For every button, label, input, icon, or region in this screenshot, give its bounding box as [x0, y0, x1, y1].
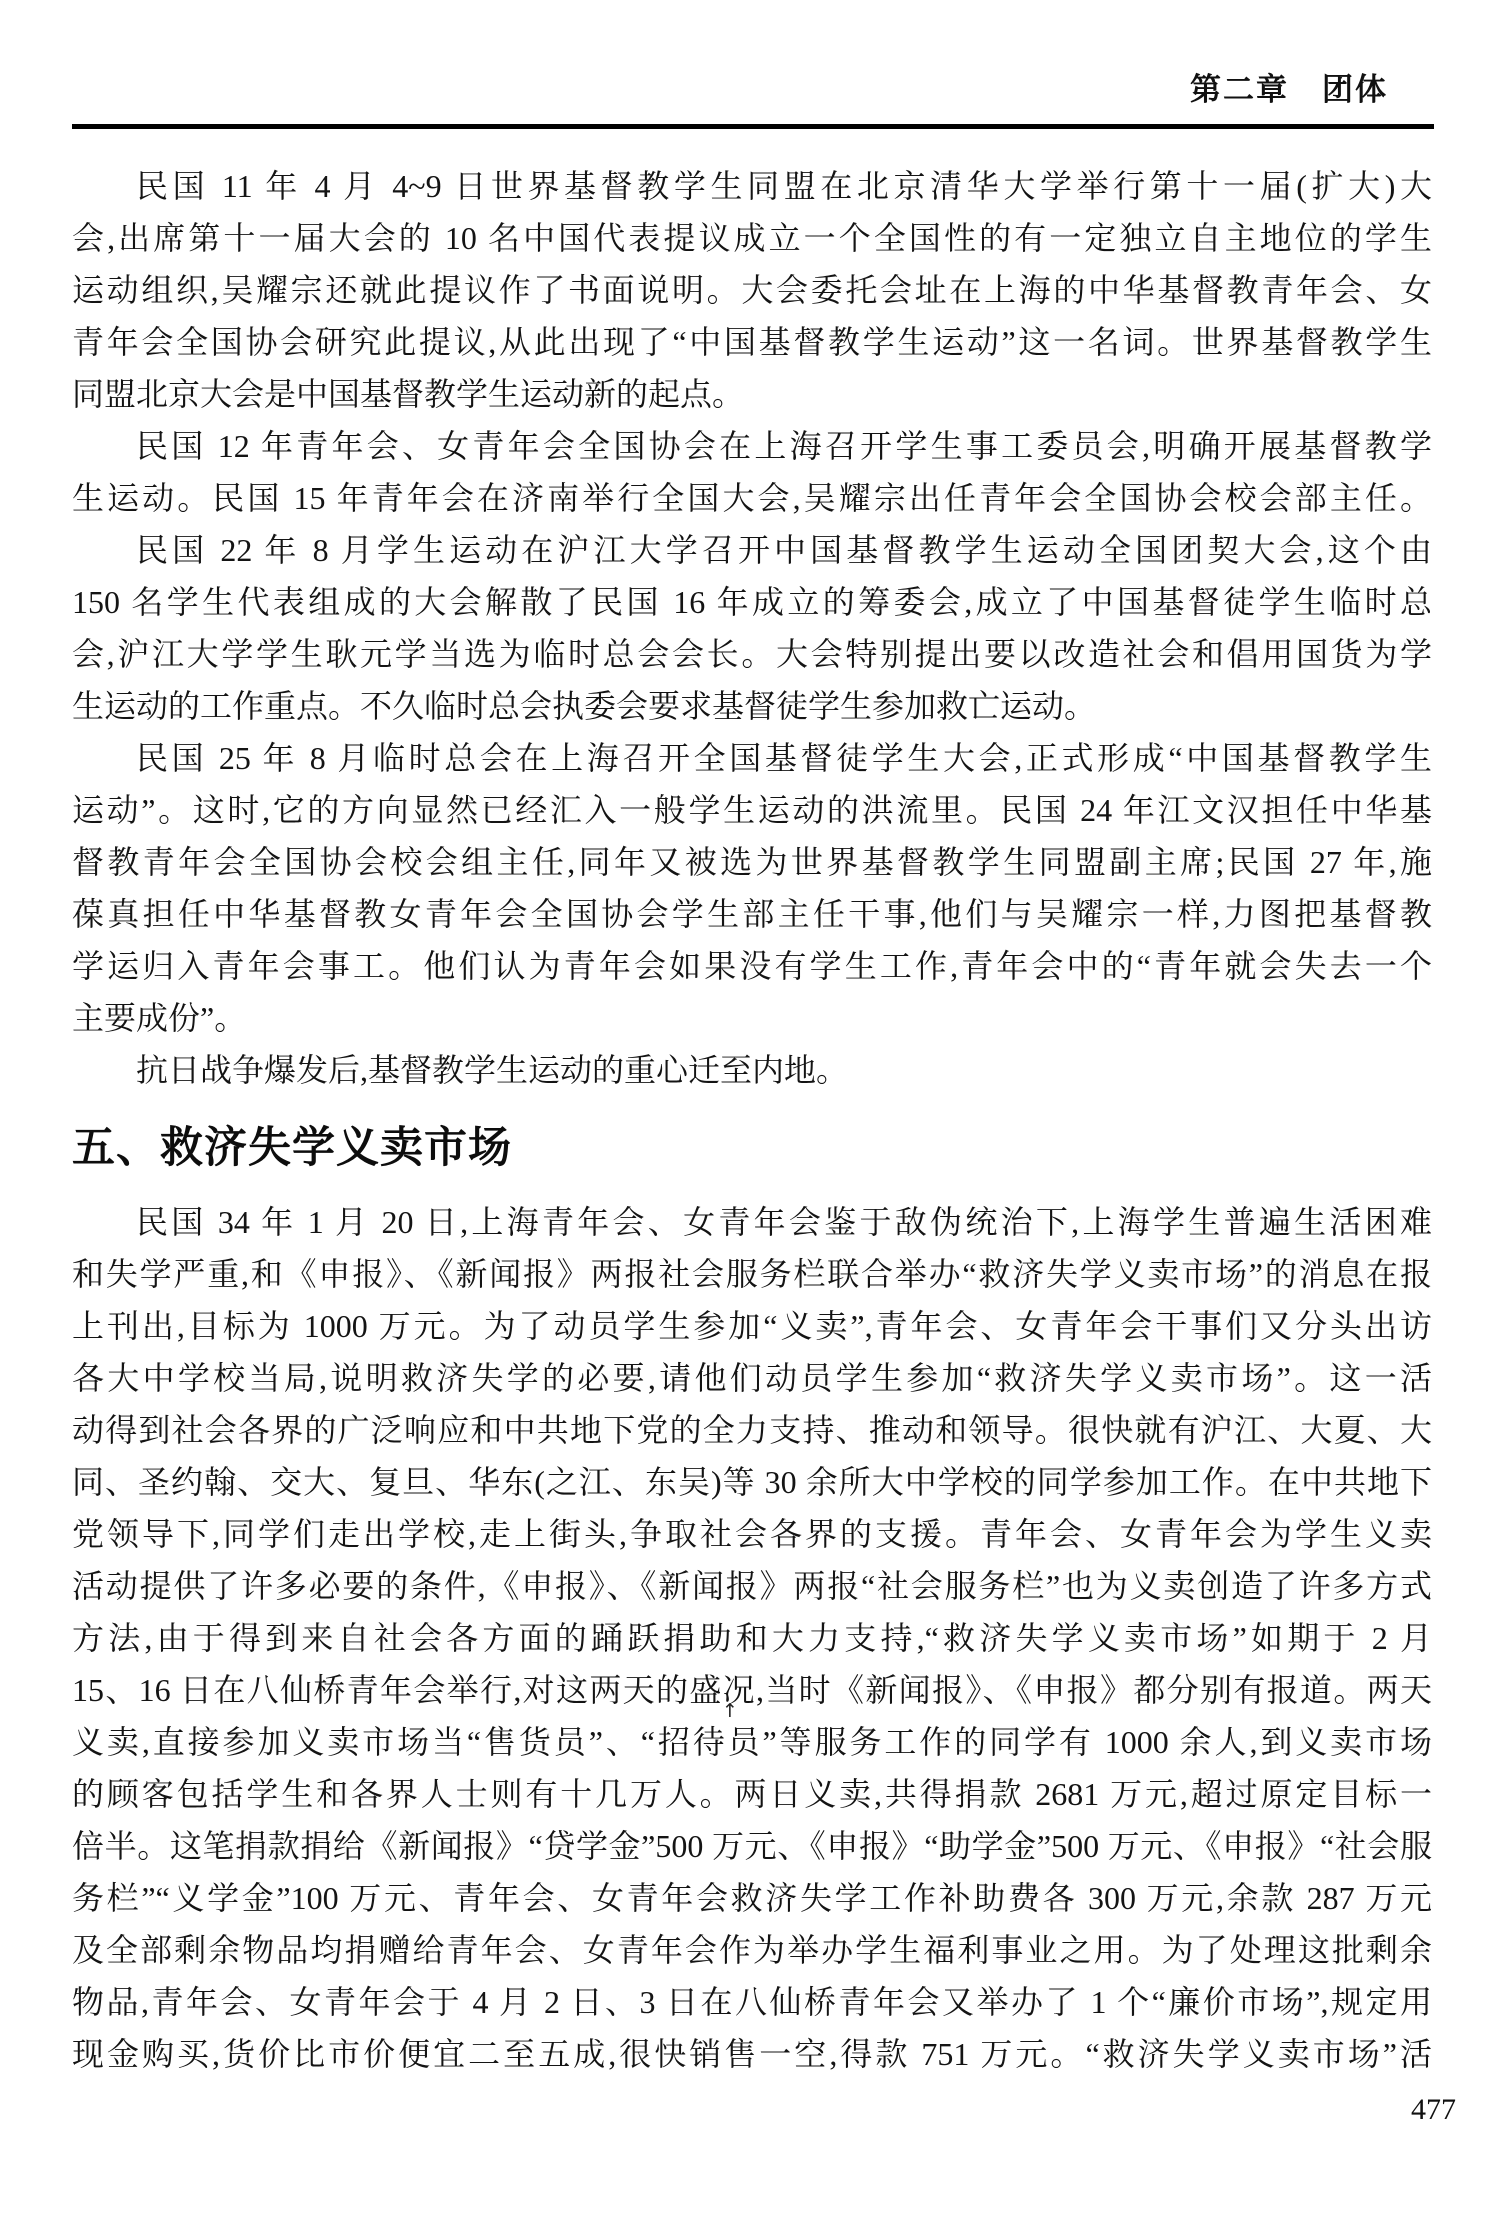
text-line: 150 名学生代表组成的大会解散了民国 16 年成立的筹委会,成立了中国基督徒学… — [72, 576, 1432, 628]
insertion-caret-mark: ↑ — [722, 1702, 738, 1721]
text-line: 方法,由于得到来自社会各方面的踊跃捐助和大力支持,“救济失学义卖市场”如期于 2… — [72, 1612, 1432, 1664]
text-line: 学运归入青年会事工。他们认为青年会如果没有学生工作,青年会中的“青年就会失去一个 — [72, 940, 1432, 992]
text-line: 主要成份”。 — [72, 992, 1432, 1044]
paragraph: 民国 25 年 8 月临时总会在上海召开全国基督徒学生大会,正式形成“中国基督教… — [72, 732, 1432, 1044]
text-line: 生运动。民国 15 年青年会在济南举行全国大会,吴耀宗出任青年会全国协会校会部主… — [72, 472, 1432, 524]
text-line: 生运动的工作重点。不久临时总会执委会要求基督徒学生参加救亡运动。 — [72, 680, 1432, 732]
text-line: 督教青年会全国协会校会组主任,同年又被选为世界基督教学生同盟副主席;民国 27 … — [72, 836, 1432, 888]
paragraph: 民国 12 年青年会、女青年会全国协会在上海召开学生事工委员会,明确开展基督教学… — [72, 420, 1432, 524]
text-line: 民国 25 年 8 月临时总会在上海召开全国基督徒学生大会,正式形成“中国基督教… — [72, 732, 1432, 784]
section-heading: 五、救济失学义卖市场 — [72, 1124, 1432, 1172]
text-line: 务栏”“义学金”100 万元、青年会、女青年会救济失学工作补助费各 300 万元… — [72, 1872, 1432, 1924]
text-line: 党领导下,同学们走出学校,走上街头,争取社会各界的支援。青年会、女青年会为学生义… — [72, 1508, 1432, 1560]
text-line: 会,出席第十一届大会的 10 名中国代表提议成立一个全国性的有一定独立自主地位的… — [72, 212, 1432, 264]
text-line: 运动”。这时,它的方向显然已经汇入一般学生运动的洪流里。民国 24 年江文汉担任… — [72, 784, 1432, 836]
text-line: 葆真担任中华基督教女青年会全国协会学生部主任干事,他们与吴耀宗一样,力图把基督教 — [72, 888, 1432, 940]
text-line: 运动组织,吴耀宗还就此提议作了书面说明。大会委托会址在上海的中华基督教青年会、女 — [72, 264, 1432, 316]
text-line: 活动提供了许多必要的条件,《申报》、《新闻报》两报“社会服务栏”也为义卖创造了许… — [72, 1560, 1432, 1612]
header-rule — [72, 124, 1434, 129]
text-line: 抗日战争爆发后,基督教学生运动的重心迁至内地。 — [72, 1044, 1432, 1096]
text-line: 和失学严重,和《申报》、《新闻报》两报社会服务栏联合举办“救济失学义卖市场”的消… — [72, 1248, 1432, 1300]
text-line: 动得到社会各界的广泛响应和中共地下党的全力支持、推动和领导。很快就有沪江、大夏、… — [72, 1404, 1432, 1456]
page-content: 民国 11 年 4 月 4~9 日世界基督教学生同盟在北京清华大学举行第十一届(… — [72, 160, 1432, 2080]
text-line: 倍半。这笔捐款捐给《新闻报》“贷学金”500 万元、《申报》“助学金”500 万… — [72, 1820, 1432, 1872]
paragraph: 抗日战争爆发后,基督教学生运动的重心迁至内地。 — [72, 1044, 1432, 1096]
text-line: 的顾客包括学生和各界人士则有十几万人。两日义卖,共得捐款 2681 万元,超过原… — [72, 1768, 1432, 1820]
text-line: 现金购买,货价比市价便宜二至五成,很快销售一空,得款 751 万元。“救济失学义… — [72, 2028, 1432, 2080]
text-line: 民国 34 年 1 月 20 日,上海青年会、女青年会鉴于敌伪统治下,上海学生普… — [72, 1196, 1432, 1248]
text-line: 物品,青年会、女青年会于 4 月 2 日、3 日在八仙桥青年会又举办了 1 个“… — [72, 1976, 1432, 2028]
text-line: 民国 11 年 4 月 4~9 日世界基督教学生同盟在北京清华大学举行第十一届(… — [72, 160, 1432, 212]
text-line: 各大中学校当局,说明救济失学的必要,请他们动员学生参加“救济失学义卖市场”。这一… — [72, 1352, 1432, 1404]
running-header: 第二章 团体 — [1190, 72, 1388, 108]
page-number: 477 — [1411, 2092, 1456, 2128]
book-page: 第二章 团体 民国 11 年 4 月 4~9 日世界基督教学生同盟在北京清华大学… — [0, 0, 1500, 2237]
paragraph: 民国 11 年 4 月 4~9 日世界基督教学生同盟在北京清华大学举行第十一届(… — [72, 160, 1432, 420]
text-line: 同盟北京大会是中国基督教学生运动新的起点。 — [72, 368, 1432, 420]
text-line: 民国 12 年青年会、女青年会全国协会在上海召开学生事工委员会,明确开展基督教学 — [72, 420, 1432, 472]
text-line: 民国 22 年 8 月学生运动在沪江大学召开中国基督教学生运动全国团契大会,这个… — [72, 524, 1432, 576]
text-line: 青年会全国协会研究此提议,从此出现了“中国基督教学生运动”这一名词。世界基督教学… — [72, 316, 1432, 368]
text-line: 15、16 日在八仙桥青年会举行,对这两天的盛况,当时《新闻报》、《申报》都分别… — [72, 1664, 1432, 1716]
text-line: 义卖,直接参加义卖市场当“售货员”、“招待员”等服务工作的同学有 1000 余人… — [72, 1716, 1432, 1768]
paragraph: 民国 22 年 8 月学生运动在沪江大学召开中国基督教学生运动全国团契大会,这个… — [72, 524, 1432, 732]
text-line: 及全部剩余物品均捐赠给青年会、女青年会作为举办学生福利事业之用。为了处理这批剩余 — [72, 1924, 1432, 1976]
text-line: 同、圣约翰、交大、复旦、华东(之江、东吴)等 30 余所大中学校的同学参加工作。… — [72, 1456, 1432, 1508]
chapter-title: 第二章 团体 — [1190, 72, 1388, 108]
paragraph: 民国 34 年 1 月 20 日,上海青年会、女青年会鉴于敌伪统治下,上海学生普… — [72, 1196, 1432, 2080]
text-line: 上刊出,目标为 1000 万元。为了动员学生参加“义卖”,青年会、女青年会干事们… — [72, 1300, 1432, 1352]
text-line: 会,沪江大学学生耿元学当选为临时总会会长。大会特别提出要以改造社会和倡用国货为学 — [72, 628, 1432, 680]
